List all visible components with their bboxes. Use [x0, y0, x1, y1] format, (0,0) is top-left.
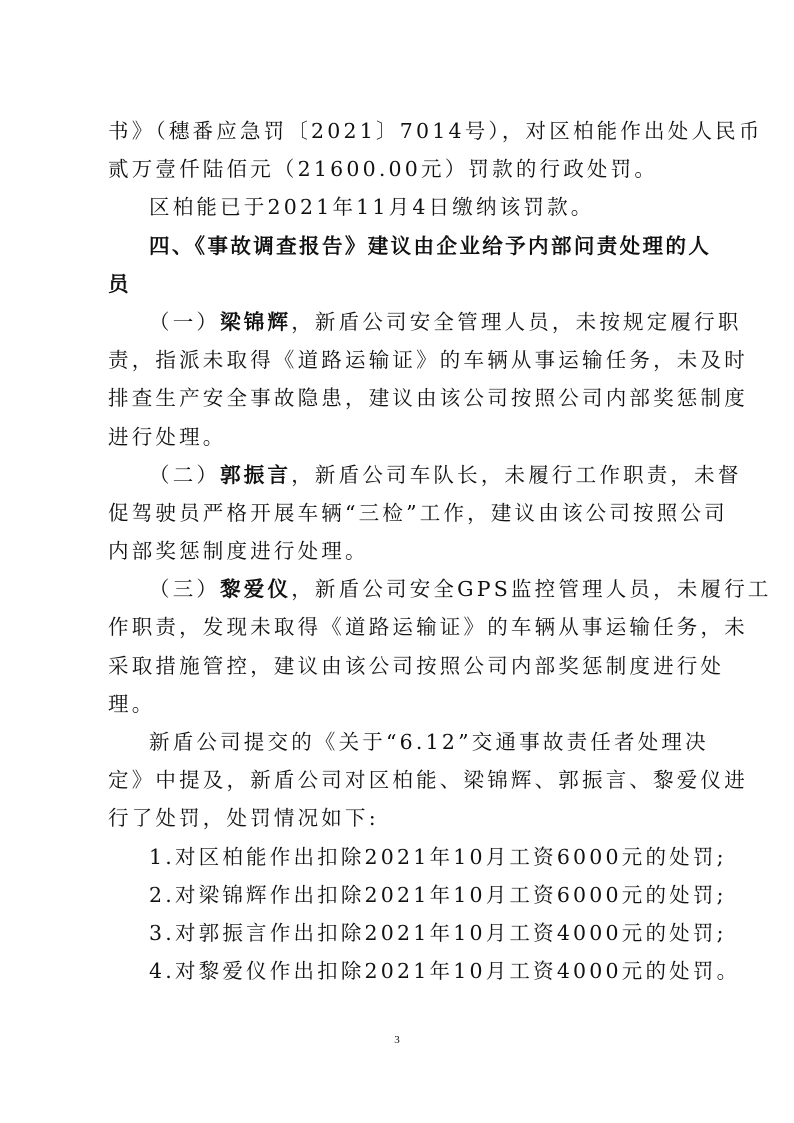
- paid-note: 区柏能已于2021年11月4日缴纳该罚款。: [108, 188, 702, 226]
- section-heading-cont: 员: [108, 265, 702, 303]
- person-name: 梁锦辉: [220, 310, 291, 334]
- penalty-item: 1.对区柏能作出扣除2021年10月工资6000元的处罚;: [108, 838, 702, 876]
- text-line: 责，指派未取得《道路运输证》的车辆从事运输任务，未及时: [108, 341, 702, 379]
- text-line: 理。: [108, 685, 702, 723]
- text-line: 内部奖惩制度进行处理。: [108, 532, 702, 570]
- item-prefix: （二）: [149, 463, 220, 487]
- penalty-item: 3.对郭振言作出扣除2021年10月工资4000元的处罚;: [108, 914, 702, 952]
- item-text: ，新盾公司安全GPS监控管理人员，未履行工: [291, 577, 771, 601]
- item-3-first-line: （三）黎爱仪，新盾公司安全GPS监控管理人员，未履行工: [108, 570, 702, 608]
- text-line: 进行处理。: [108, 418, 702, 456]
- text-line: 书》（穗番应急罚〔2021〕7014号），对区柏能作出处人民币: [108, 112, 702, 150]
- item-text: ，新盾公司安全管理人员，未按规定履行职: [291, 310, 741, 334]
- text-line: 促驾驶员严格开展车辆“三检”工作，建议由该公司按照公司: [108, 494, 702, 532]
- item-1-first-line: （一）梁锦辉，新盾公司安全管理人员，未按规定履行职: [108, 303, 702, 341]
- page-number: 3: [0, 1034, 794, 1046]
- decision-line: 新盾公司提交的《关于“6.12”交通事故责任者处理决: [108, 723, 702, 761]
- decision-line: 行了处罚，处罚情况如下:: [108, 799, 702, 837]
- document-body: 书》（穗番应急罚〔2021〕7014号），对区柏能作出处人民币 贰万壹仟陆佰元（…: [108, 112, 702, 990]
- item-prefix: （一）: [149, 310, 220, 334]
- item-2-first-line: （二）郭振言，新盾公司车队长，未履行工作职责，未督: [108, 456, 702, 494]
- section-heading: 四、《事故调查报告》建议由企业给予内部问责处理的人: [108, 227, 702, 265]
- person-name: 黎爱仪: [220, 577, 291, 601]
- penalty-item: 2.对梁锦辉作出扣除2021年10月工资6000元的处罚;: [108, 876, 702, 914]
- text-line: 排查生产安全事故隐患，建议由该公司按照公司内部奖惩制度: [108, 379, 702, 417]
- person-name: 郭振言: [220, 463, 291, 487]
- text-line: 贰万壹仟陆佰元（21600.00元）罚款的行政处罚。: [108, 150, 702, 188]
- penalty-item: 4.对黎爱仪作出扣除2021年10月工资4000元的处罚。: [108, 952, 702, 990]
- decision-line: 定》中提及，新盾公司对区柏能、梁锦辉、郭振言、黎爱仪进: [108, 761, 702, 799]
- text-line: 采取措施管控，建议由该公司按照公司内部奖惩制度进行处: [108, 647, 702, 685]
- text-line: 作职责，发现未取得《道路运输证》的车辆从事运输任务，未: [108, 608, 702, 646]
- item-prefix: （三）: [149, 577, 220, 601]
- item-text: ，新盾公司车队长，未履行工作职责，未督: [291, 463, 741, 487]
